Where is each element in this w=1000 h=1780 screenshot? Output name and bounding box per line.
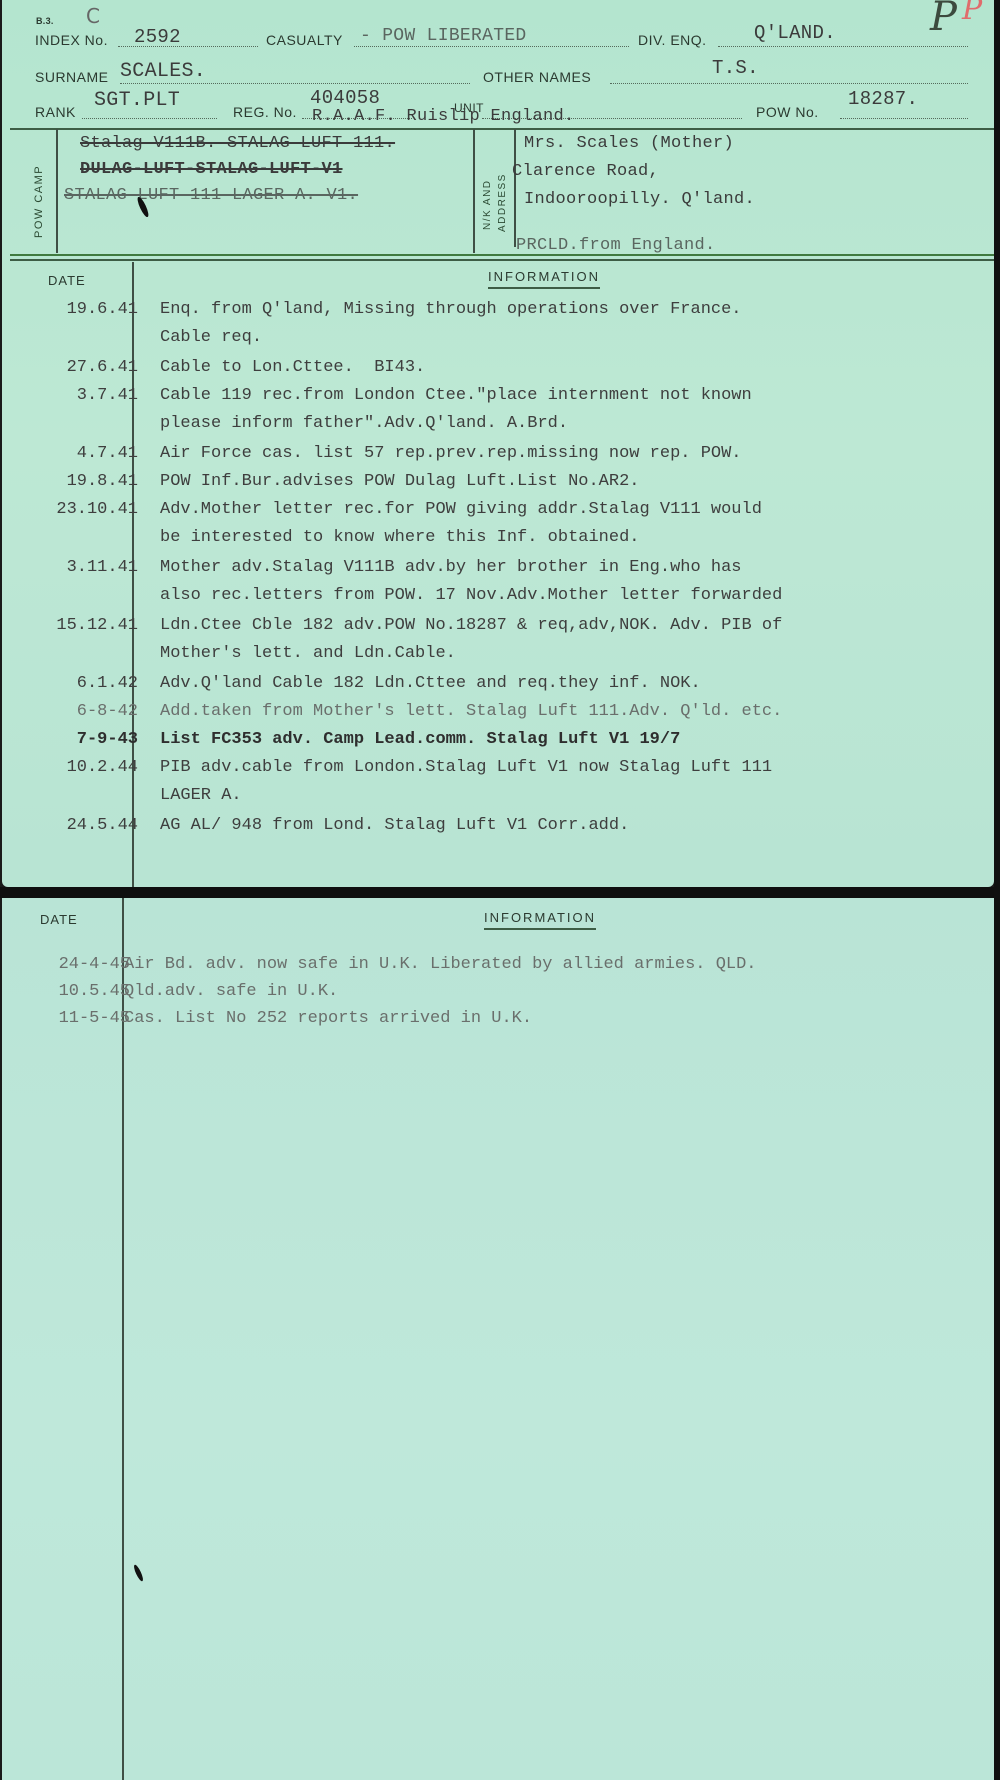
row-date: 6.1.42 [2,674,138,693]
row-date: 27.6.41 [2,358,138,377]
row-date: 7-9-43 [2,730,138,749]
row-info-line: Ldn.Ctee Cble 182 adv.POW No.18287 & req… [160,616,782,635]
nok-line-4: PRCLD.from England. [516,236,716,255]
pow-no-dots [840,118,968,119]
row-info-line: Adv.Mother letter rec.for POW giving add… [160,500,762,519]
handwritten-mark: P [930,0,957,40]
row-info-line: Cas. List No 252 reports arrived in U.K. [124,1009,532,1028]
row-date: 10.2.44 [2,758,138,777]
other-names-value: T.S. [712,57,759,79]
surname-label: SURNAME [35,69,109,85]
row-info-line: Air Force cas. list 57 rep.prev.rep.miss… [160,444,742,463]
reg-no-label: REG. No. [233,104,297,120]
scan-edge [994,0,1000,1780]
row-date: 24.5.44 [2,816,138,835]
information-header-2: INFORMATION [484,910,596,930]
form-letter: C [86,4,100,28]
ink-smudge-2 [132,1564,144,1582]
date-header: DATE [48,273,86,288]
row-info-line: Cable req. [160,328,262,347]
record-card-back: DATE INFORMATION 24-4-45Air Bd. adv. now… [2,898,994,1780]
nok-left-divider [473,129,475,253]
row-date: 10.5.45 [2,982,130,1001]
pow-no-value: 18287. [848,88,918,110]
form-code: B.3. [36,16,54,26]
row-info-line: List FC353 adv. Camp Lead.comm. Stalag L… [160,730,680,749]
other-names-label: OTHER NAMES [483,69,591,85]
box-bottom-rule-1 [10,254,994,256]
information-header: INFORMATION [488,269,600,289]
row-date: 6-8-42 [2,702,138,721]
surname-dots [120,83,470,84]
row-info-line: Qld.adv. safe in U.K. [124,982,338,1001]
box-top-rule [10,128,994,130]
nk-and-label: N/K AND [482,179,493,230]
pow-camp-line-3: STALAG LUFT 111 LAGER A. V1. [64,186,358,205]
casualty-dots [354,46,629,47]
row-date: 19.6.41 [2,300,138,319]
row-info-line: Mother's lett. and Ldn.Cable. [160,644,456,663]
row-info-line: please inform father".Adv.Q'land. A.Brd. [160,414,568,433]
row-date: 11-5-45 [2,1009,130,1028]
row-date: 23.10.41 [2,500,138,519]
row-info-line: also rec.letters from POW. 17 Nov.Adv.Mo… [160,586,782,605]
index-no-value: 2592 [134,26,181,48]
index-no-label: INDEX No. [35,32,108,48]
div-enq-label: DIV. ENQ. [638,32,707,48]
rank-dots [82,118,217,119]
reg-no-value: 404058 [310,87,380,109]
row-info-line: Mother adv.Stalag V111B adv.by her broth… [160,558,742,577]
row-info-line: Air Bd. adv. now safe in U.K. Liberated … [124,955,757,974]
row-info-line: LAGER A. [160,786,242,805]
row-date: 24-4-45 [2,955,130,974]
nok-line-2: Clarence Road, [512,162,659,181]
other-names-dots [610,83,968,84]
box-bottom-rule-2 [10,259,994,261]
surname-value: SCALES. [120,60,206,83]
rank-value: SGT.PLT [94,89,180,112]
date-header-2: DATE [40,912,78,927]
row-info-line: Cable 119 rec.from London Ctee."place in… [160,386,752,405]
row-info-line: Adv.Q'land Cable 182 Ldn.Cttee and req.t… [160,674,701,693]
row-date: 4.7.41 [2,444,138,463]
row-info-line: POW Inf.Bur.advises POW Dulag Luft.List … [160,472,639,491]
address-label: ADDRESS [497,173,508,232]
row-info-line: Enq. from Q'land, Missing through operat… [160,300,742,319]
record-card-front: B.3. C INDEX No. 2592 CASUALTY - POW LIB… [2,0,994,887]
unit-value: R.A.A.F. Ruislip England. [312,107,575,126]
date-column-divider-2 [122,898,124,1780]
nok-line-1: Mrs. Scales (Mother) [524,134,734,153]
handwritten-mark-red: P [962,0,982,27]
card-separator [0,887,1000,898]
pow-no-label: POW No. [756,104,819,120]
row-date: 3.11.41 [2,558,138,577]
pow-camp-line-1: Stalag V111B. STALAG LUFT 111. [80,134,395,153]
casualty-value: - POW LIBERATED [360,26,527,46]
div-enq-dots [718,46,968,47]
row-info-line: AG AL/ 948 from Lond. Stalag Luft V1 Cor… [160,816,629,835]
row-info-line: Add.taken from Mother's lett. Stalag Luf… [160,702,782,721]
nok-right-divider [514,129,516,247]
row-info-line: Cable to Lon.Cttee. BI43. [160,358,425,377]
casualty-label: CASUALTY [266,32,343,48]
row-info-line: be interested to know where this Inf. ob… [160,528,639,547]
div-enq-value: Q'LAND. [754,22,836,44]
pow-camp-label: POW CAMP [33,165,45,238]
row-date: 3.7.41 [2,386,138,405]
nok-line-3: Indooroopilly. Q'land. [524,190,755,209]
row-info-line: PIB adv.cable from London.Stalag Luft V1… [160,758,772,777]
row-date: 15.12.41 [2,616,138,635]
pow-camp-line-2: DULAG-LUFT-STALAG-LUFT-V1 [80,160,343,179]
row-date: 19.8.41 [2,472,138,491]
pow-camp-divider [56,129,58,253]
rank-label: RANK [35,104,76,120]
